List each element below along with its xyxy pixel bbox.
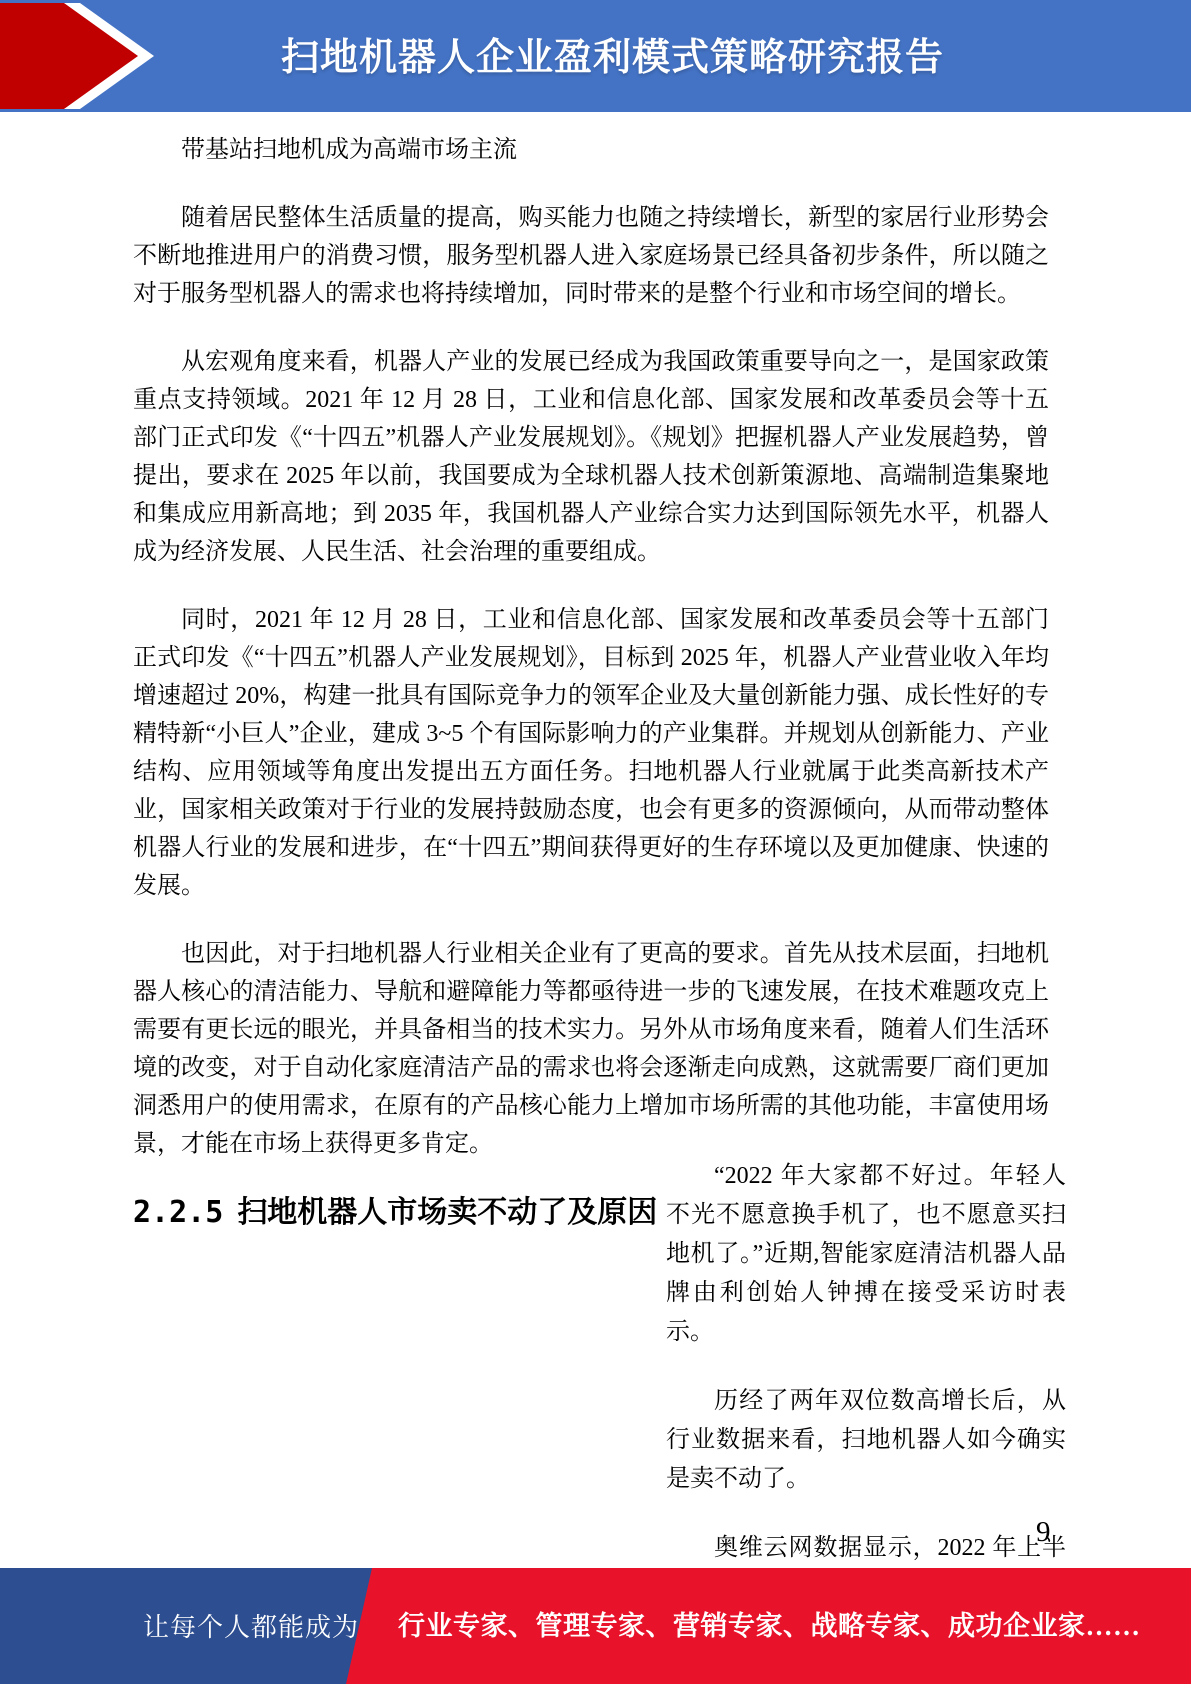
report-page: 扫地机器人企业盈利模式策略研究报告 带基站扫地机成为高端市场主流 随着居民整体生… [0,0,1191,1684]
page-number: 9 [1036,1516,1051,1548]
paragraph: 同时，2021 年 12 月 28 日，工业和信息化部、国家发展和改革委员会等十… [133,601,1049,905]
footer-left-tagline: 让每个人都能成为 [143,1612,359,1642]
report-title: 扫地机器人企业盈利模式策略研究报告 [0,34,1191,82]
page-header: 扫地机器人企业盈利模式策略研究报告 [0,0,1191,112]
quote-paragraph: “2022 年大家都不好过。年轻人不光不愿意换手机了，也不愿意买扫地机了。”近期… [666,1157,1066,1352]
paragraph: 从宏观角度来看，机器人产业的发展已经成为我国政策重要导向之一，是国家政策重点支持… [133,343,1049,571]
section-heading-number: 2.2.5 [133,1195,223,1230]
paragraph: 随着居民整体生活质量的提高，购买能力也随之持续增长，新型的家居行业形势会不断地推… [133,199,1049,313]
page-footer: 让每个人都能成为 行业专家、管理专家、营销专家、战略专家、成功企业家…… [0,1568,1191,1684]
body-text-block: 带基站扫地机成为高端市场主流 随着居民整体生活质量的提高，购买能力也随之持续增长… [133,131,1049,1233]
quote-paragraph: 历经了两年双位数高增长后，从行业数据来看，扫地机器人如今确实是卖不动了。 [666,1382,1066,1499]
paragraph: 也因此，对于扫地机器人行业相关企业有了更高的要求。首先从技术层面，扫地机器人核心… [133,935,1049,1163]
footer-right-tagline: 行业专家、管理专家、营销专家、战略专家、成功企业家…… [398,1610,1141,1642]
paragraph-lead: 带基站扫地机成为高端市场主流 [133,131,1049,169]
quote-column: “2022 年大家都不好过。年轻人不光不愿意换手机了，也不愿意买扫地机了。”近期… [666,1157,1066,1637]
section-heading-title: 扫地机器人市场卖不动了及原因 [237,1196,657,1229]
